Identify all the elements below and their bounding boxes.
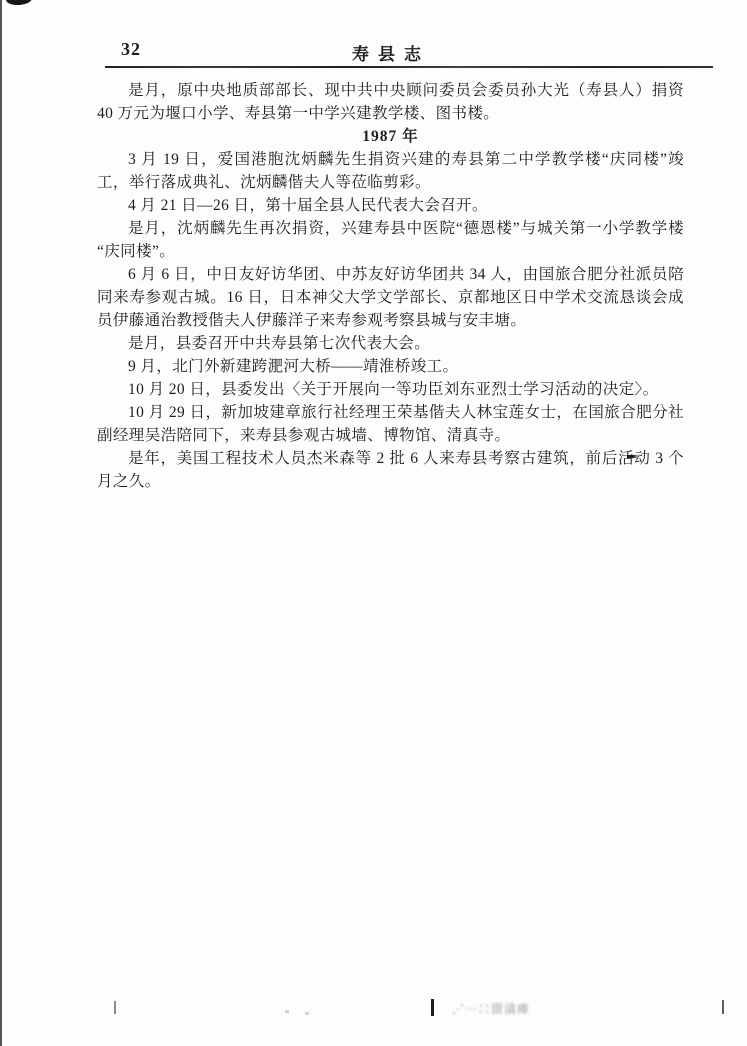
entry-paragraph: 6 月 6 日，中日友好访华团、中苏友好访华团共 34 人，由国旅合肥分社派员陪… [97, 263, 684, 332]
entry-paragraph: 10 月 20 日，县委发出〈关于开展向一等功臣刘东亚烈士学习活动的决定〉。 [97, 378, 684, 401]
paragraph-carryover: 是月，原中央地质部部长、现中共中央顾问委员会委员孙大光（寿县人）捐资 40 万元… [97, 79, 684, 125]
page-body: 是月，原中央地质部部长、现中共中央顾问委员会委员孙大光（寿县人）捐资 40 万元… [97, 79, 684, 493]
page-number: 32 [121, 39, 141, 60]
bottom-tick-artifact-right [722, 1000, 724, 1014]
entry-paragraph: 是年，美国工程技术人员杰米森等 2 批 6 人来寿县考察古建筑，前后活动 3 个… [97, 447, 684, 493]
bottom-bar-artifact [431, 999, 434, 1016]
scan-edge-artifact [0, 0, 2, 1046]
header-rule [105, 66, 713, 68]
bottom-speck-artifacts [285, 1010, 289, 1013]
stray-mark-artifact [627, 455, 638, 458]
entry-paragraph: 10 月 29 日，新加坡建章旅行社经理王荣基偕夫人林宝莲女士，在国旅合肥分社副… [97, 401, 684, 447]
bottom-smudge-artifact: ⋰⋯∷㽞㵅㾝 [452, 1000, 547, 1017]
entry-paragraph: 是月，县委召开中共寿县第七次代表大会。 [97, 332, 684, 355]
running-title: 寿县志 [352, 40, 430, 65]
year-heading: 1987 年 [97, 125, 684, 148]
bottom-tick-artifact-left [114, 1001, 116, 1014]
entry-paragraph: 4 月 21 日—26 日，第十届全县人民代表大会召开。 [97, 194, 684, 217]
entry-paragraph: 是月，沈炳麟先生再次捐资，兴建寿县中医院“德恩楼”与城关第一小学教学楼“庆同楼”… [97, 217, 684, 263]
entry-paragraph: 9 月，北门外新建跨淝河大桥——靖淮桥竣工。 [97, 355, 684, 378]
entry-paragraph: 3 月 19 日，爱国港胞沈炳麟先生捐资兴建的寿县第二中学教学楼“庆同楼”竣工，… [97, 148, 684, 194]
scan-corner-mark [6, 0, 33, 6]
scanned-book-page: 32 寿县志 是月，原中央地质部部长、现中共中央顾问委员会委员孙大光（寿县人）捐… [0, 0, 747, 1046]
